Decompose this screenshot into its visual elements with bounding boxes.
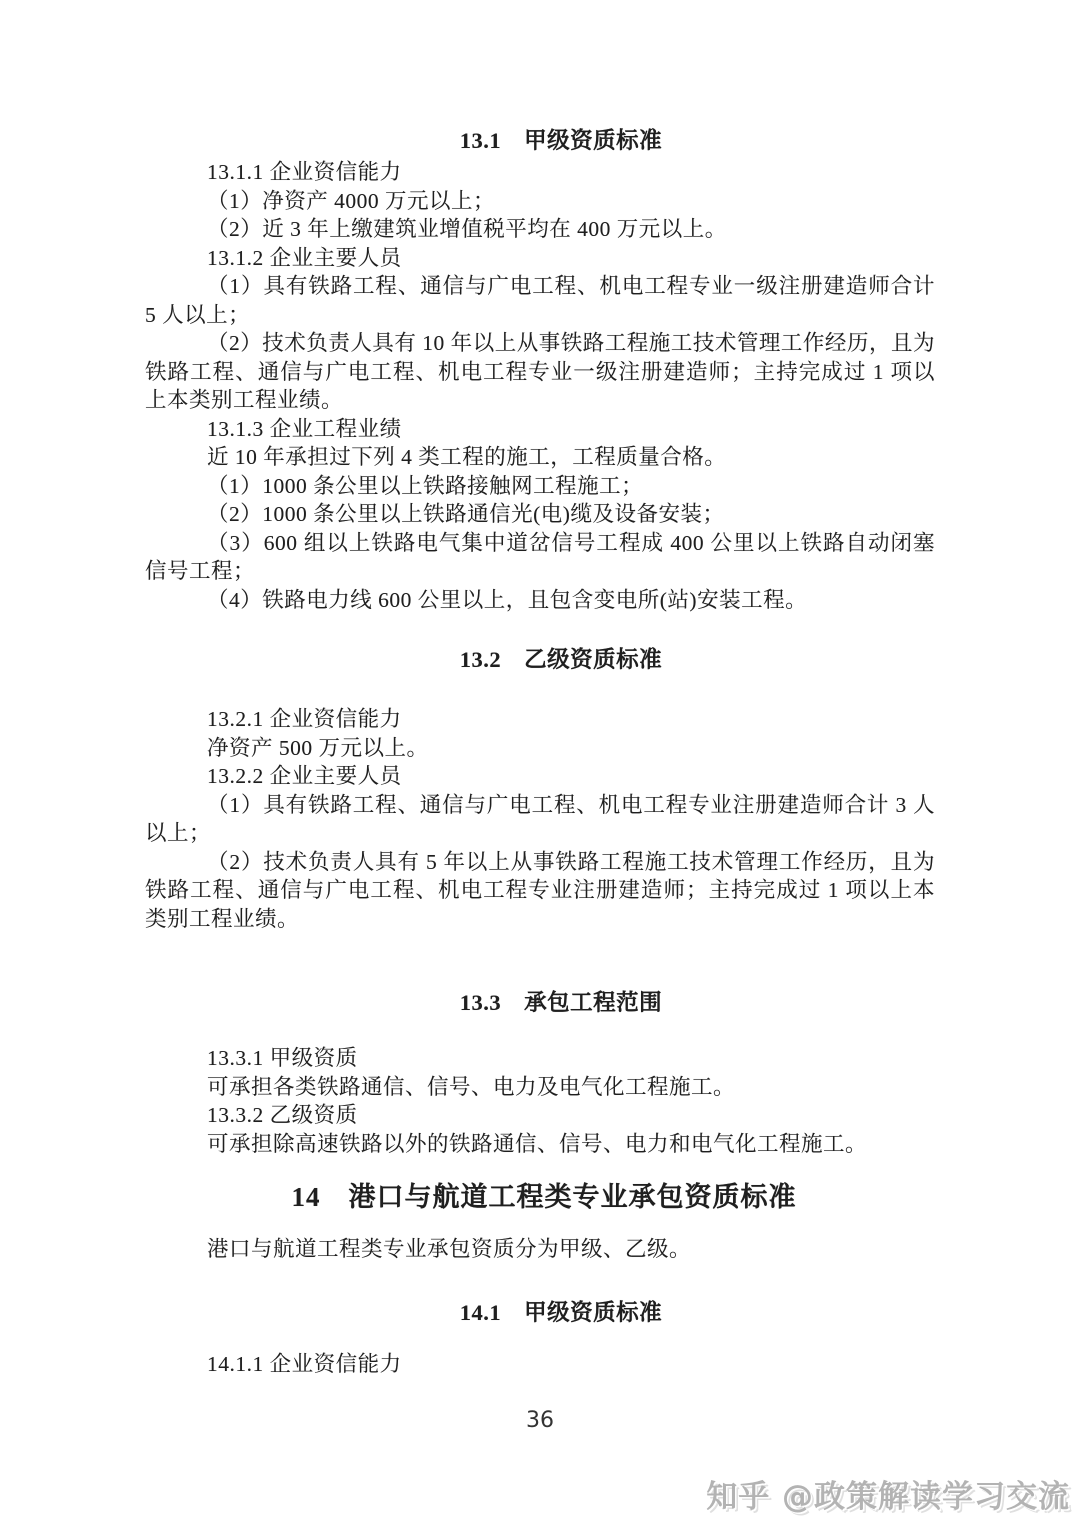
page-number: 36 xyxy=(0,1408,1080,1433)
document-body: 13.1 甲级资质标准 13.1.1 企业资信能力 （1）净资产 4000 万元… xyxy=(145,0,935,1378)
zhihu-watermark: 知乎 @政策解读学习交流 xyxy=(706,1471,1070,1516)
para-13-2-1-body: 净资产 500 万元以上。 xyxy=(145,734,935,763)
para-13-1-2-item-1: （1）具有铁路工程、通信与广电工程、机电工程专业一级注册建造师合计 5 人以上； xyxy=(145,272,935,329)
para-13-3-1-body: 可承担各类铁路通信、信号、电力及电气化工程施工。 xyxy=(145,1073,935,1102)
para-13-3-2-body: 可承担除高速铁路以外的铁路通信、信号、电力和电气化工程施工。 xyxy=(145,1130,935,1159)
heading-13-1: 13.1 甲级资质标准 xyxy=(145,126,935,156)
para-13-2-2-item-1: （1）具有铁路工程、通信与广电工程、机电工程专业注册建造师合计 3 人以上； xyxy=(145,791,935,848)
document-page: { "document": { "blocks": [ { "type": "h… xyxy=(0,0,1080,1527)
para-13-1-1-item-1: （1）净资产 4000 万元以上； xyxy=(145,187,935,216)
para-13-1-3-intro: 近 10 年承担过下列 4 类工程的施工，工程质量合格。 xyxy=(145,443,935,472)
para-14-intro: 港口与航道工程类专业承包资质分为甲级、乙级。 xyxy=(145,1235,935,1264)
para-13-3-2: 13.3.2 乙级资质 xyxy=(145,1101,935,1130)
para-13-1-2-item-2: （2）技术负责人具有 10 年以上从事铁路工程施工技术管理工作经历，且为铁路工程… xyxy=(145,329,935,415)
para-13-1-1-item-2: （2）近 3 年上缴建筑业增值税平均在 400 万元以上。 xyxy=(145,215,935,244)
para-13-1-3-item-3: （3）600 组以上铁路电气集中道岔信号工程成 400 公里以上铁路自动闭塞信号… xyxy=(145,529,935,586)
heading-13-2: 13.2 乙级资质标准 xyxy=(145,645,935,675)
para-13-2-2-item-2: （2）技术负责人具有 5 年以上从事铁路工程施工技术管理工作经历，且为铁路工程、… xyxy=(145,848,935,934)
para-14-1-1: 14.1.1 企业资信能力 xyxy=(145,1350,935,1379)
para-13-2-1: 13.2.1 企业资信能力 xyxy=(145,705,935,734)
para-13-1-1: 13.1.1 企业资信能力 xyxy=(145,158,935,187)
heading-13-3: 13.3 承包工程范围 xyxy=(145,988,935,1018)
para-13-1-3-item-4: （4）铁路电力线 600 公里以上，且包含变电所(站)安装工程。 xyxy=(145,586,935,615)
para-13-2-2: 13.2.2 企业主要人员 xyxy=(145,762,935,791)
heading-14-1: 14.1 甲级资质标准 xyxy=(145,1298,935,1328)
para-13-1-3-item-1: （1）1000 条公里以上铁路接触网工程施工； xyxy=(145,472,935,501)
para-13-1-2: 13.1.2 企业主要人员 xyxy=(145,244,935,273)
para-13-1-3: 13.1.3 企业工程业绩 xyxy=(145,415,935,444)
para-13-3-1: 13.3.1 甲级资质 xyxy=(145,1044,935,1073)
chapter-14-title: 14 港口与航道工程类专业承包资质标准 xyxy=(145,1179,935,1215)
para-13-1-3-item-2: （2）1000 条公里以上铁路通信光(电)缆及设备安装； xyxy=(145,500,935,529)
